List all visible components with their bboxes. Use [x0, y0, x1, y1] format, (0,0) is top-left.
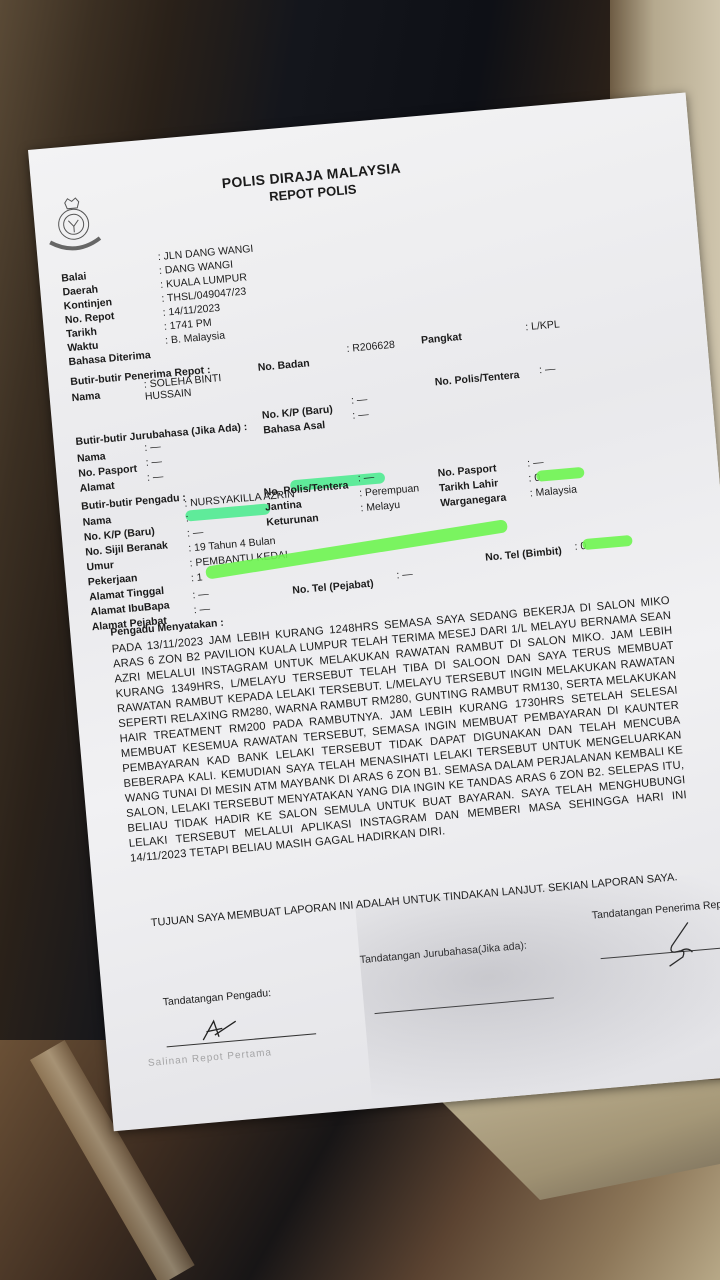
interpreter-kp-value: : — — [351, 393, 368, 406]
sig-complainant-line — [167, 1033, 317, 1047]
complainant-pasport-label: No. Pasport — [437, 462, 497, 479]
complainant-section-title: Butir-butir Pengadu : — [81, 492, 187, 513]
warganegara-label: Warganegara — [440, 492, 507, 510]
statement-text: PADA 13/11/2023 JAM LEBIH KURANG 1248HRS… — [111, 594, 688, 867]
receiver-polis-value: : — — [539, 363, 556, 376]
receiver-signature-icon — [658, 920, 702, 968]
no-badan-value: : R206628 — [346, 339, 395, 355]
no-repot-label: No. Repot — [64, 310, 114, 326]
complainant-nama-label: Nama — [82, 514, 112, 528]
sig-receiver-label: Tandatangan Penerima Repot: — [591, 897, 720, 921]
bahasa-diterima-value: : B. Malaysia — [165, 330, 226, 347]
tel-pejabat-value: : — — [396, 568, 413, 581]
umur-label: Umur — [86, 559, 114, 573]
complainant-signature-icon — [199, 1015, 241, 1043]
keturunan-value: : Melayu — [360, 499, 401, 514]
report-info: Balai : JLN DANG WANGI Daerah : DANG WAN… — [28, 92, 685, 150]
waktu-label: Waktu — [67, 340, 99, 355]
tel-bimbit-label: No. Tel (Bimbit) — [485, 545, 563, 564]
warganegara-value: : Malaysia — [529, 483, 577, 499]
pangkat-value: : L/KPL — [525, 318, 560, 333]
tel-pejabat-label: No. Tel (Pejabat) — [292, 578, 374, 597]
interpreter-alamat-value: : — — [147, 470, 164, 483]
pekerjaan-label: Pekerjaan — [87, 572, 137, 588]
pangkat-label: Pangkat — [421, 331, 463, 347]
tarikh-lahir-label: Tarikh Lahir — [439, 477, 499, 494]
redaction-dob — [536, 467, 585, 482]
interpreter-bahasa-value: : — — [352, 408, 369, 421]
balai-label: Balai — [61, 270, 87, 284]
interpreter-bahasa-label: Bahasa Asal — [263, 419, 326, 436]
interpreter-pasport-label: No. Pasport — [78, 463, 138, 480]
alamat-ibubapa-value: : — — [192, 588, 209, 601]
interpreter-nama-value: : — — [144, 441, 161, 454]
jantina-value: : Perempuan — [359, 482, 420, 499]
police-crest-icon — [40, 194, 107, 259]
statement-body: PADA 13/11/2023 JAM LEBIH KURANG 1248HRS… — [111, 594, 688, 867]
sig-interpreter-line — [375, 997, 554, 1014]
interpreter-alamat-label: Alamat — [79, 480, 115, 495]
alamat-pejabat-value: : — — [193, 603, 210, 616]
police-report-paper: POLIS DIRAJA MALAYSIA REPOT POLIS Balai … — [28, 92, 720, 1131]
footer-faded-text: Salinan Repot Pertama — [148, 1047, 273, 1069]
interpreter-section-title: Butir-butir Jurubahasa (Jika Ada) : — [75, 421, 248, 448]
receiver-nama-label: Nama — [71, 390, 101, 404]
no-badan-label: No. Badan — [257, 357, 310, 373]
sig-complainant-label: Tandatangan Pengadu: — [162, 987, 271, 1008]
tarikh-value: : 14/11/2023 — [162, 302, 220, 319]
sijil-beranak-value: : — — [187, 526, 204, 539]
daerah-label: Daerah — [62, 283, 99, 298]
receiver-polis-label: No. Polis/Tentera — [434, 369, 520, 388]
redaction-address — [205, 519, 508, 580]
report-header: POLIS DIRAJA MALAYSIA REPOT POLIS — [181, 156, 443, 212]
redaction-phone — [582, 535, 633, 550]
sig-interpreter-label: Tandatangan Jurubahasa(Jika ada): — [359, 940, 527, 967]
interpreter-pasport-value: : — — [145, 456, 162, 469]
complainant-polis-value: : — — [357, 471, 374, 484]
interpreter-nama-label: Nama — [77, 450, 107, 464]
jantina-label: Jantina — [265, 499, 303, 514]
tarikh-label: Tarikh — [66, 326, 98, 341]
complainant-polis-label: No. Polis/Tentera — [263, 479, 349, 498]
keturunan-label: Keturunan — [266, 512, 319, 529]
complainant-pasport-value: : — — [527, 456, 544, 469]
alamat-tinggal-value: : 1 — [190, 571, 203, 584]
